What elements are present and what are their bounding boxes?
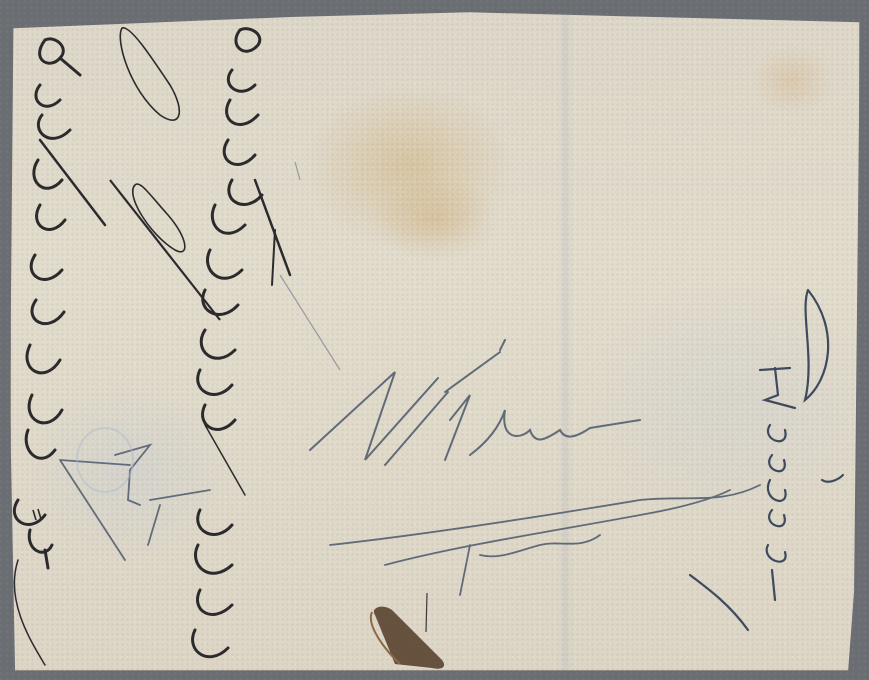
ink-script-second-column xyxy=(193,29,290,657)
pencil-note-right xyxy=(690,290,843,630)
pencil-signature-center xyxy=(310,340,640,465)
ink-script-left-column xyxy=(14,39,105,665)
ink-stain-bottom xyxy=(371,593,444,669)
pencil-monogram-lower-left xyxy=(60,428,210,560)
ink-loop-flourishes xyxy=(110,28,220,320)
equals-mark xyxy=(33,509,41,520)
pencil-marks-top xyxy=(280,162,340,370)
handwriting-layer xyxy=(0,0,869,680)
